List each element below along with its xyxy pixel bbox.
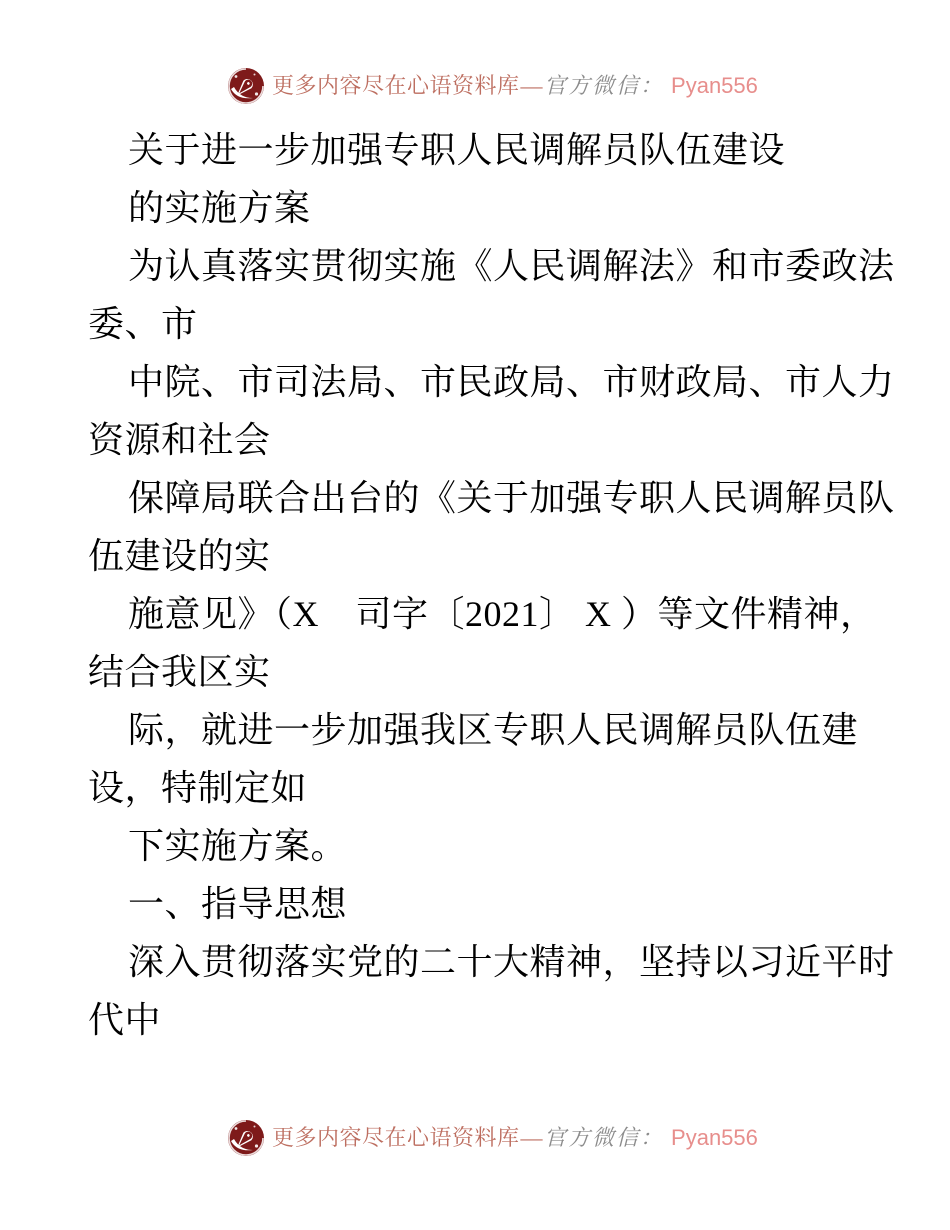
pen-nib-seal-icon xyxy=(227,67,265,105)
watermark-dash: — xyxy=(521,1119,544,1157)
title-line: 关于进一步加强专职人民调解员队伍建设 xyxy=(88,121,878,179)
document-page: 更多内容尽在心语资料库 — 官方微信： Pyan556 关于进一步加强专职人民调… xyxy=(0,0,950,1230)
document-body: 关于进一步加强专职人民调解员队伍建设 的实施方案 为认真落实贯彻实施《人民调解法… xyxy=(88,121,878,1049)
watermark-brand-text: 更多内容尽在心语资料库 xyxy=(272,67,520,105)
title-line: 的实施方案 xyxy=(88,179,878,237)
watermark-dash: — xyxy=(521,67,544,105)
document-line: 保障局联合出台的《关于加强专职人民调解员队 xyxy=(88,469,878,527)
watermark-wechat-id: Pyan556 xyxy=(671,1119,758,1157)
document-line: 伍建设的实 xyxy=(88,527,878,585)
document-line: 委、市 xyxy=(88,295,878,353)
header-watermark: 更多内容尽在心语资料库 — 官方微信： Pyan556 xyxy=(227,67,758,105)
watermark-wechat-label: 官方微信： xyxy=(544,67,664,105)
document-line: 际，就进一步加强我区专职人民调解员队伍建 xyxy=(88,701,878,759)
document-line: 深入贯彻落实党的二十大精神，坚持以习近平时 xyxy=(88,933,878,991)
document-line: 资源和社会 xyxy=(88,411,878,469)
watermark-brand-text: 更多内容尽在心语资料库 xyxy=(272,1119,520,1157)
watermark-wechat-label: 官方微信： xyxy=(544,1119,664,1157)
document-line: 中院、市司法局、市民政局、市财政局、市人力 xyxy=(88,353,878,411)
watermark-wechat-id: Pyan556 xyxy=(671,67,758,105)
document-line: 结合我区实 xyxy=(88,643,878,701)
pen-nib-seal-icon xyxy=(227,1119,265,1157)
document-line: 代中 xyxy=(88,991,878,1049)
document-line: 设，特制定如 xyxy=(88,759,878,817)
document-line: 下实施方案。 xyxy=(88,817,878,875)
document-line: 施意见》（X 司字〔2021〕 X ）等文件精神， xyxy=(88,585,878,643)
section-heading-line: 一、指导思想 xyxy=(88,875,878,933)
footer-watermark: 更多内容尽在心语资料库 — 官方微信： Pyan556 xyxy=(227,1119,758,1157)
document-line: 为认真落实贯彻实施《人民调解法》和市委政法 xyxy=(88,237,878,295)
